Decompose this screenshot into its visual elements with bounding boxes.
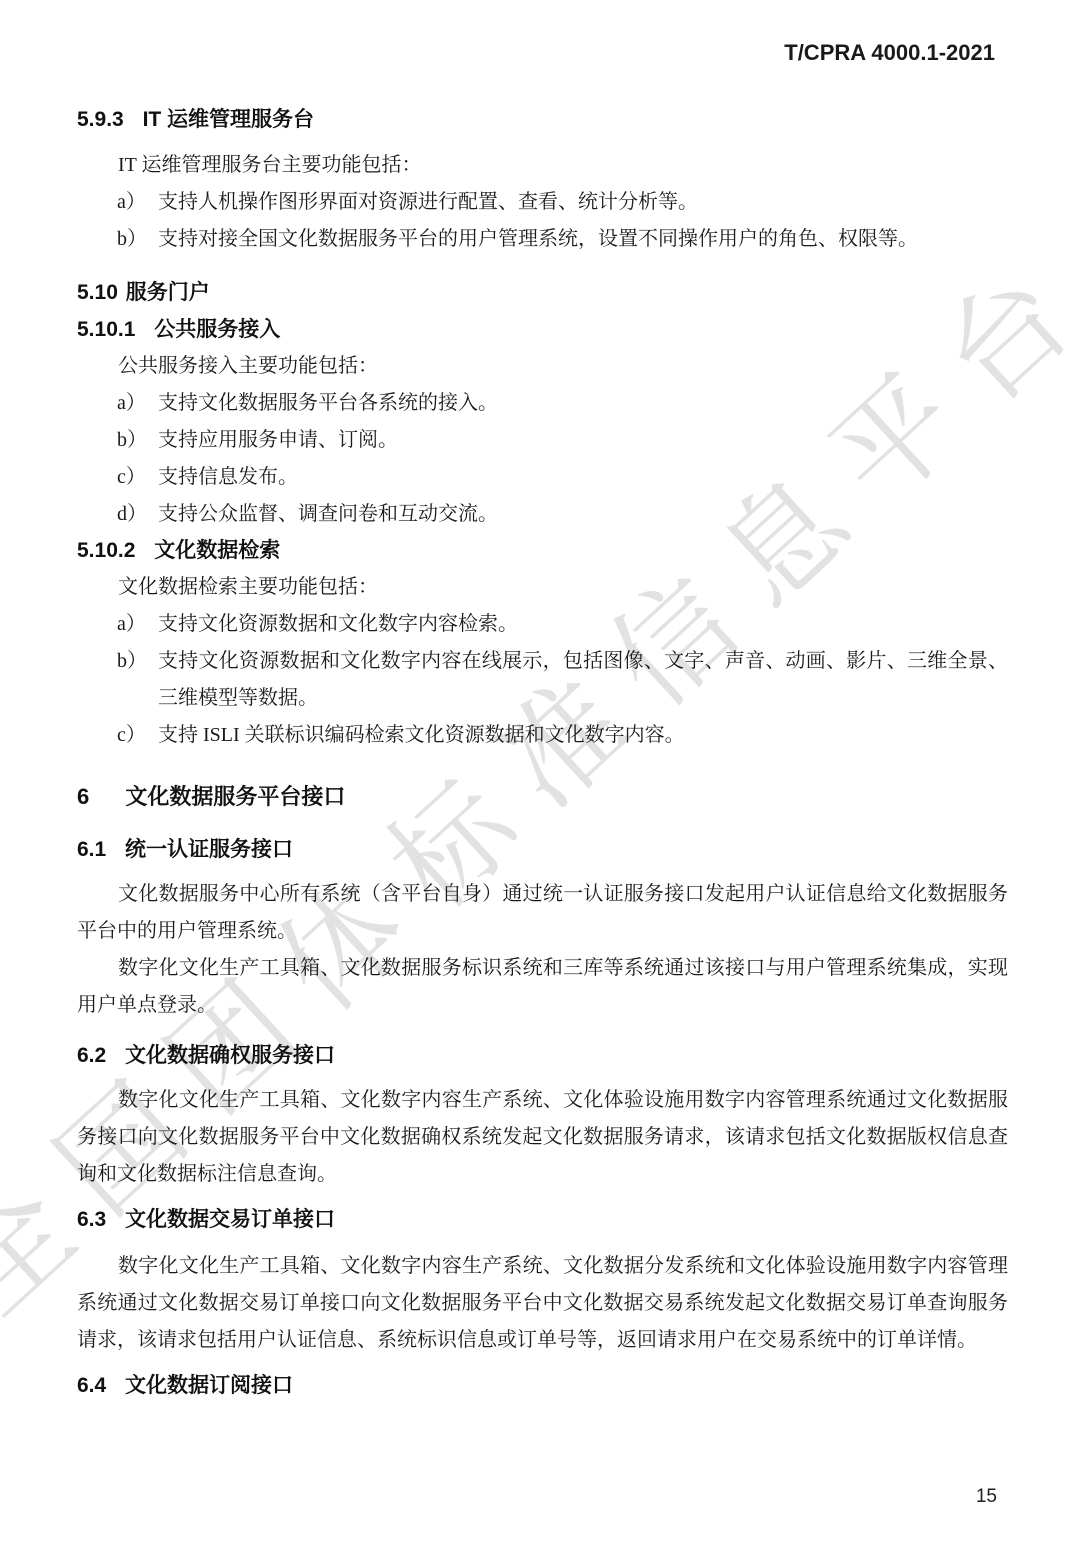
list-item: b） 支持对接全国文化数据服务平台的用户管理系统，设置不同操作用户的角色、权限等… [77,221,1008,258]
heading-number: 5.10.1 [77,318,135,341]
heading-number: 6 [77,784,89,809]
doc-code: T/CPRA 4000.1-2021 [784,40,995,65]
list-item-text: 支持对接全国文化数据服务平台的用户管理系统，设置不同操作用户的角色、权限等。 [158,228,918,250]
list-item: b） 支持应用服务申请、订阅。 [77,422,1008,459]
list-item-label: d） [117,496,147,533]
heading-number: 6.1 [77,838,106,861]
list-item-text: 支持文化资源数据和文化数字内容在线展示，包括图像、文字、声音、动画、影片、三维全… [158,650,1008,709]
heading-5-10: 5.10 服务门户 [77,279,1008,307]
heading-6-1: 6.1 统一认证服务接口 [77,836,1008,864]
heading-5-10-1: 5.10.1 公共服务接入 [77,316,1008,344]
heading-5-10-2: 5.10.2 文化数据检索 [77,537,1008,565]
list-item: a） 支持人机操作图形界面对资源进行配置、查看、统计分析等。 [77,184,1008,221]
heading-title: 服务门户 [126,281,210,304]
heading-6: 6 文化数据服务平台接口 [77,782,1008,812]
list-item-text: 支持 ISLI 关联标识编码检索文化资源数据和文化数字内容。 [158,724,685,746]
list-item: c） 支持信息发布。 [77,459,1008,496]
list-item-label: b） [117,422,147,459]
list-item-label: b） [117,643,147,680]
list-item-label: a） [117,385,146,422]
heading-number: 5.10.2 [77,539,135,562]
intro-5-10-1: 公共服务接入主要功能包括： [77,348,1008,385]
list-item-text: 支持人机操作图形界面对资源进行配置、查看、统计分析等。 [158,191,698,213]
heading-title: 文化数据确权服务接口 [125,1044,335,1067]
list-item-label: b） [117,221,147,258]
heading-6-2: 6.2 文化数据确权服务接口 [77,1042,1008,1070]
heading-number: 6.3 [77,1208,106,1231]
intro-5-10-2: 文化数据检索主要功能包括： [77,569,1008,606]
list-item-text: 支持文化资源数据和文化数字内容检索。 [158,613,518,635]
heading-6-3: 6.3 文化数据交易订单接口 [77,1206,1008,1234]
heading-number: 6.2 [77,1044,106,1067]
heading-number: 6.4 [77,1374,106,1397]
list-item: c） 支持 ISLI 关联标识编码检索文化资源数据和文化数字内容。 [77,717,1008,754]
heading-title: 文化数据交易订单接口 [125,1208,335,1231]
paragraph: 数字化文化生产工具箱、文化数字内容生产系统、文化体验设施用数字内容管理系统通过文… [77,1082,1008,1193]
paragraph: 数字化文化生产工具箱、文化数据服务标识系统和三库等系统通过该接口与用户管理系统集… [77,950,1008,1024]
list-item-label: a） [117,184,146,221]
paragraph: 数字化文化生产工具箱、文化数字内容生产系统、文化数据分发系统和文化体验设施用数字… [77,1248,1008,1359]
heading-title: 统一认证服务接口 [125,838,293,861]
heading-title: 文化数据服务平台接口 [125,784,345,809]
intro-5-9-3: IT 运维管理服务台主要功能包括： [77,147,1008,184]
list-item: b） 支持文化资源数据和文化数字内容在线展示，包括图像、文字、声音、动画、影片、… [77,643,1008,717]
list-item-label: c） [117,459,146,496]
heading-number: 5.10 [77,281,118,304]
list-item-text: 支持公众监督、调查问卷和互动交流。 [158,503,498,525]
heading-6-4: 6.4 文化数据订阅接口 [77,1372,1008,1400]
page-header: T/CPRA 4000.1-2021 [784,40,995,66]
heading-5-9-3: 5.9.3 IT 运维管理服务台 [77,106,1008,134]
page-footer: 15 [976,1486,997,1508]
document-content: 5.9.3 IT 运维管理服务台 IT 运维管理服务台主要功能包括： a） 支持… [77,68,1008,1400]
list-item-text: 支持应用服务申请、订阅。 [158,429,398,451]
heading-title: 文化数据订阅接口 [125,1374,293,1397]
list-item-label: c） [117,717,146,754]
document-page: 全国团体标准信息平台 T/CPRA 4000.1-2021 5.9.3 IT 运… [0,0,1080,1561]
list-item-label: a） [117,606,146,643]
paragraph: 文化数据服务中心所有系统（含平台自身）通过统一认证服务接口发起用户认证信息给文化… [77,876,1008,950]
heading-title: 公共服务接入 [154,318,280,341]
heading-title: IT 运维管理服务台 [143,108,315,131]
list-item: d） 支持公众监督、调查问卷和互动交流。 [77,496,1008,533]
heading-number: 5.9.3 [77,108,124,131]
list-item-text: 支持文化数据服务平台各系统的接入。 [158,392,498,414]
heading-title: 文化数据检索 [154,539,280,562]
page-number: 15 [976,1486,997,1507]
list-item: a） 支持文化资源数据和文化数字内容检索。 [77,606,1008,643]
list-item-text: 支持信息发布。 [158,466,298,488]
list-item: a） 支持文化数据服务平台各系统的接入。 [77,385,1008,422]
